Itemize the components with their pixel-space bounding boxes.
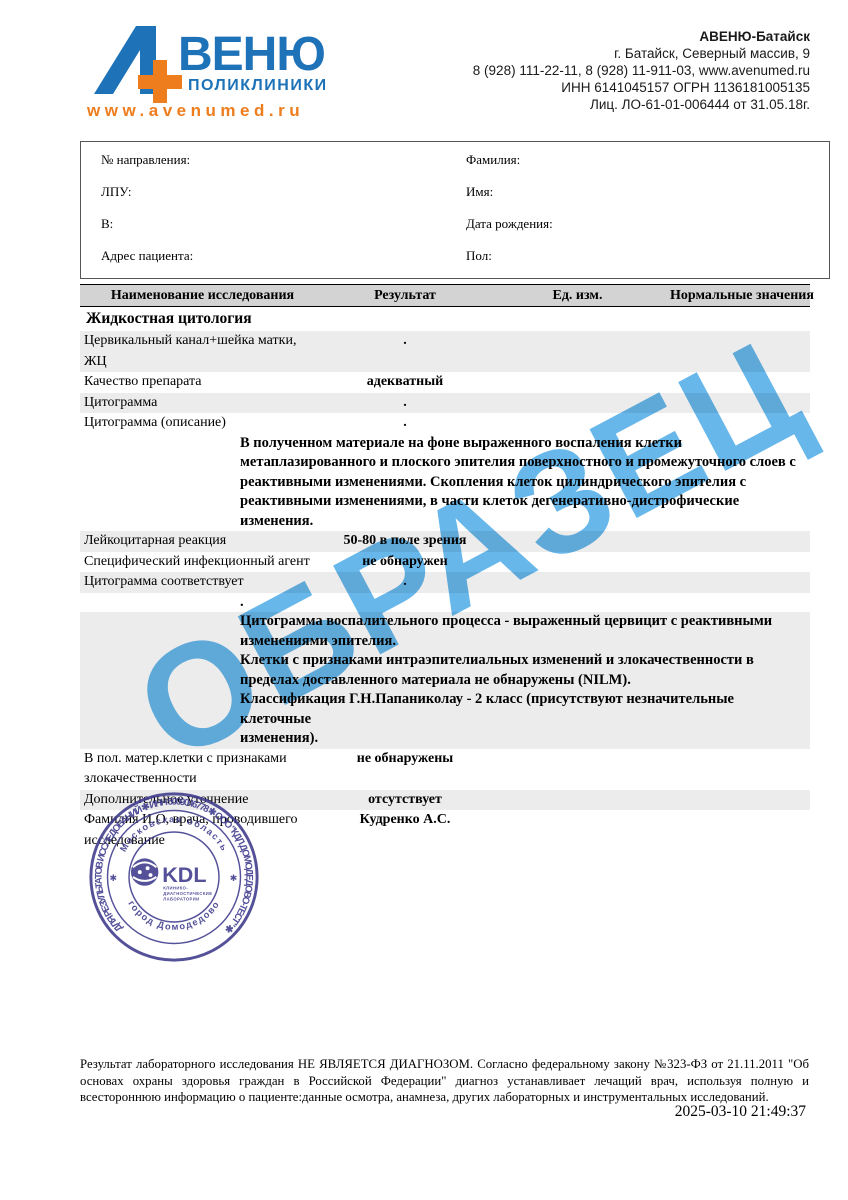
stamp-city-text: город Домодедово xyxy=(126,899,221,932)
patient-fields-right: Фамилия: Имя: Дата рождения: Пол: xyxy=(466,152,553,280)
field-patient-address: Адрес пациента: xyxy=(101,248,193,264)
result-cell: . xyxy=(325,331,485,372)
description-row: Цитограмма воспалительного процесса - вы… xyxy=(80,612,810,749)
field-surname: Фамилия: xyxy=(466,152,553,168)
result-cell: отсутствует xyxy=(325,790,485,811)
units-cell xyxy=(485,810,670,851)
disclaimer-text: Результат лабораторного исследования НЕ … xyxy=(80,1056,809,1106)
table-row: Цитограмма соответствует. xyxy=(80,572,810,593)
units-cell xyxy=(485,572,670,593)
normal-values-cell xyxy=(670,372,810,393)
result-cell: Кудренко А.С. xyxy=(325,810,485,851)
patient-info-box: № направления: ЛПУ: В: Адрес пациента: Ф… xyxy=(80,141,830,279)
table-header-row: Наименование исследования Результат Ед. … xyxy=(80,284,810,307)
org-inn-ogrn: ИНН 6141045157 ОГРН 1136181005135 xyxy=(473,79,810,96)
stamp-sub-line1: КЛИНИКО- xyxy=(163,886,188,891)
header-test-name: Наименование исследования xyxy=(80,288,325,304)
test-name-cell: Качество препарата xyxy=(80,372,325,393)
section-title: Жидкостная цитология xyxy=(80,307,810,331)
test-name-cell: Цитограмма соответствует xyxy=(80,572,325,593)
org-info-block: АВЕНЮ-Батайск г. Батайск, Северный масси… xyxy=(473,28,810,113)
normal-values-cell xyxy=(670,393,810,414)
units-cell xyxy=(485,393,670,414)
test-name-cell: Цитограмма (описание) xyxy=(80,413,325,434)
normal-values-cell xyxy=(670,572,810,593)
print-timestamp: 2025-03-10 21:49:37 xyxy=(675,1103,806,1121)
clinic-logo: ВЕНЮ ПОЛИКЛИНИКИ xyxy=(92,24,352,102)
result-cell: не обнаружен xyxy=(325,552,485,573)
test-name-cell: Лейкоцитарная реакция xyxy=(80,531,325,552)
test-name-cell: В пол. матер.клетки с признаками злокаче… xyxy=(80,749,325,790)
stamp-star-left-icon: ✱ xyxy=(109,873,116,883)
normal-values-cell xyxy=(670,790,810,811)
units-cell xyxy=(485,372,670,393)
normal-values-cell xyxy=(670,413,810,434)
stamp-star-right-icon: ✱ xyxy=(230,873,237,883)
field-lpu: ЛПУ: xyxy=(101,184,193,200)
units-cell xyxy=(485,790,670,811)
field-v: В: xyxy=(101,216,193,232)
org-contacts: 8 (928) 111-22-11, 8 (928) 11-911-03, ww… xyxy=(473,62,810,79)
table-row: Цитограмма. xyxy=(80,393,810,414)
units-cell xyxy=(485,749,670,790)
description-row: В полученном материале на фоне выраженно… xyxy=(80,434,810,532)
units-cell xyxy=(485,531,670,552)
org-license: Лиц. ЛО-61-01-006444 от 31.05.18г. xyxy=(473,96,810,113)
table-row: Специфический инфекционный агентне обнар… xyxy=(80,552,810,573)
stamp-sub-line2: ДИАГНОСТИЧЕСКИЕ xyxy=(163,891,212,896)
test-name-cell: Цитограмма xyxy=(80,393,325,414)
table-row: Качество препаратаадекватный xyxy=(80,372,810,393)
normal-values-cell xyxy=(670,810,810,851)
svg-text:город Домодедово: город Домодедово xyxy=(126,899,221,932)
test-name-cell: Цервикальный канал+шейка матки, ЖЦ xyxy=(80,331,325,372)
stamp-sub-line3: ЛАБОРАТОРИИ xyxy=(163,896,199,901)
field-birthdate: Дата рождения: xyxy=(466,216,553,232)
header-result: Результат xyxy=(325,288,485,304)
field-sex: Пол: xyxy=(466,248,553,264)
results-table: Наименование исследования Результат Ед. … xyxy=(80,284,810,851)
field-referral-number: № направления: xyxy=(101,152,193,168)
patient-fields-left: № направления: ЛПУ: В: Адрес пациента: xyxy=(101,152,193,280)
table-row: Цервикальный канал+шейка матки, ЖЦ. xyxy=(80,331,810,372)
normal-values-cell xyxy=(670,552,810,573)
org-address: г. Батайск, Северный массив, 9 xyxy=(473,45,810,62)
svg-text:Московская область: Московская область xyxy=(118,814,230,853)
avenue-logo-icon: ВЕНЮ ПОЛИКЛИНИКИ xyxy=(92,24,352,104)
header-units: Ед. изм. xyxy=(485,288,670,304)
units-cell xyxy=(485,552,670,573)
result-cell: 50-80 в поле зрения xyxy=(325,531,485,552)
stamp-region-text: Московская область xyxy=(118,814,230,853)
lab-report-page: ВЕНЮ ПОЛИКЛИНИКИ www.avenumed.ru АВЕНЮ-Б… xyxy=(0,0,848,1200)
test-name-cell: Специфический инфекционный агент xyxy=(80,552,325,573)
header-normal-values: Нормальные значения xyxy=(670,288,810,304)
result-cell: . xyxy=(325,393,485,414)
field-name: Имя: xyxy=(466,184,553,200)
result-cell: . xyxy=(325,413,485,434)
org-name: АВЕНЮ-Батайск xyxy=(473,28,810,45)
result-cell: . xyxy=(325,572,485,593)
clinic-website: www.avenumed.ru xyxy=(87,101,304,121)
table-row: Цитограмма (описание). xyxy=(80,413,810,434)
units-cell xyxy=(485,413,670,434)
normal-values-cell xyxy=(670,331,810,372)
description-row: . xyxy=(80,593,810,613)
normal-values-cell xyxy=(670,749,810,790)
result-cell: не обнаружены xyxy=(325,749,485,790)
kdl-globe-icon xyxy=(131,858,158,885)
table-row: В пол. матер.клетки с признаками злокаче… xyxy=(80,749,810,790)
logo-subtitle-text: ПОЛИКЛИНИКИ xyxy=(188,77,328,94)
normal-values-cell xyxy=(670,531,810,552)
stamp-brand-text: KDL xyxy=(162,863,206,887)
table-body: Цервикальный канал+шейка матки, ЖЦ.Качес… xyxy=(80,331,810,851)
logo-brand-text: ВЕНЮ xyxy=(178,28,325,81)
lab-round-stamp: ДЛЯ РЕЗУЛЬТАТОВ ИССЛЕДОВАНИЙ ✱ ИНН 50090… xyxy=(86,789,262,965)
result-cell: адекватный xyxy=(325,372,485,393)
units-cell xyxy=(485,331,670,372)
table-row: Лейкоцитарная реакция50-80 в поле зрения xyxy=(80,531,810,552)
